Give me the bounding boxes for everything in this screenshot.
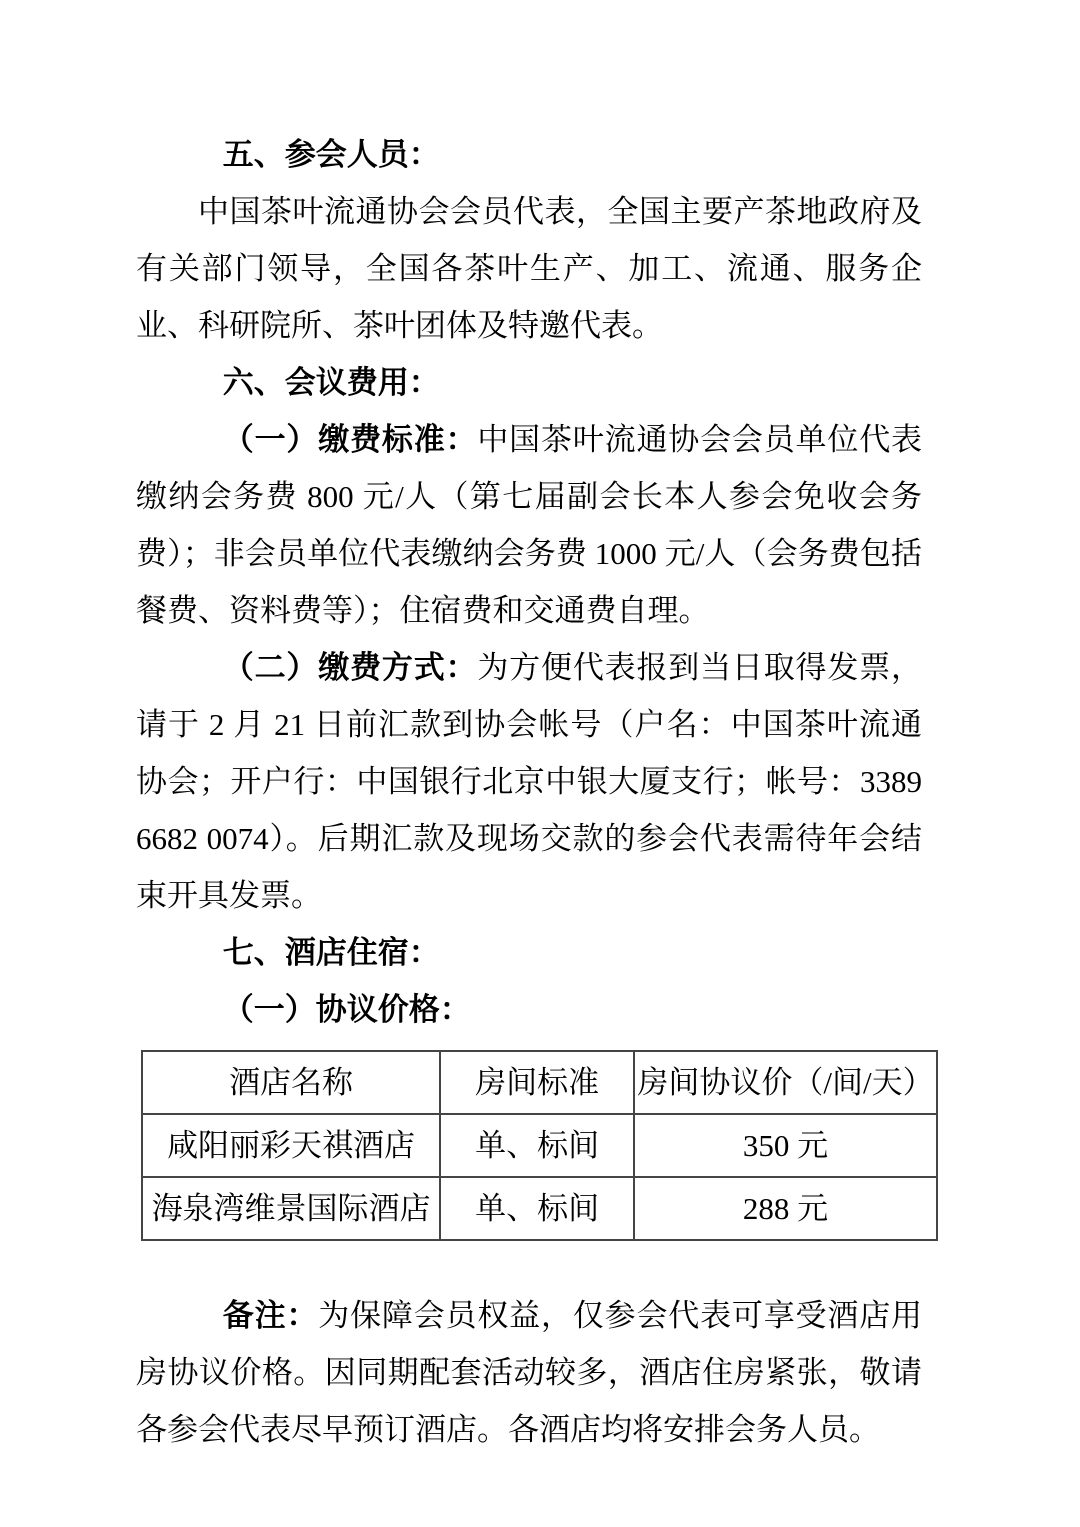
price-subheading: （一）协议价格： [136, 981, 922, 1038]
fee-method-paragraph: （二）缴费方式：为方便代表报到当日取得发票，请于 2 月 21 日前汇款到协会帐… [136, 639, 922, 924]
section-7-heading: 七、酒店住宿： [136, 924, 922, 981]
room-standard-cell: 单、标间 [440, 1177, 634, 1240]
table-header-room-price: 房间协议价（/间/天） [634, 1051, 937, 1114]
remark-paragraph: 备注：为保障会员权益，仅参会代表可享受酒店用房协议价格。因同期配套活动较多，酒店… [136, 1287, 922, 1458]
section-5-paragraph: 中国茶叶流通协会会员代表，全国主要产茶地政府及有关部门领导，全国各茶叶生产、加工… [136, 183, 922, 354]
document-page: 五、参会人员： 中国茶叶流通协会会员代表，全国主要产茶地政府及有关部门领导，全国… [0, 0, 1080, 1527]
hotel-price-table: 酒店名称 房间标准 房间协议价（/间/天） 咸阳丽彩天祺酒店 单、标间 350 … [141, 1050, 938, 1241]
table-header-hotel-name: 酒店名称 [142, 1051, 440, 1114]
section-6-heading: 六、会议费用： [136, 354, 922, 411]
fee-standard-label: （一）缴费标准： [223, 422, 478, 457]
table-row: 咸阳丽彩天祺酒店 单、标间 350 元 [142, 1114, 937, 1177]
fee-method-label: （二）缴费方式： [223, 650, 478, 685]
hotel-name-cell: 咸阳丽彩天祺酒店 [142, 1114, 440, 1177]
table-row: 海泉湾维景国际酒店 单、标间 288 元 [142, 1177, 937, 1240]
room-price-cell: 288 元 [634, 1177, 937, 1240]
section-5-heading: 五、参会人员： [136, 126, 922, 183]
room-price-cell: 350 元 [634, 1114, 937, 1177]
table-header-row: 酒店名称 房间标准 房间协议价（/间/天） [142, 1051, 937, 1114]
room-standard-cell: 单、标间 [440, 1114, 634, 1177]
fee-standard-paragraph: （一）缴费标准：中国茶叶流通协会会员单位代表缴纳会务费 800 元/人（第七届副… [136, 411, 922, 639]
remark-label: 备注： [223, 1298, 318, 1333]
hotel-name-cell: 海泉湾维景国际酒店 [142, 1177, 440, 1240]
fee-method-text: 为方便代表报到当日取得发票，请于 2 月 21 日前汇款到协会帐号（户名：中国茶… [136, 650, 922, 913]
table-header-room-standard: 房间标准 [440, 1051, 634, 1114]
